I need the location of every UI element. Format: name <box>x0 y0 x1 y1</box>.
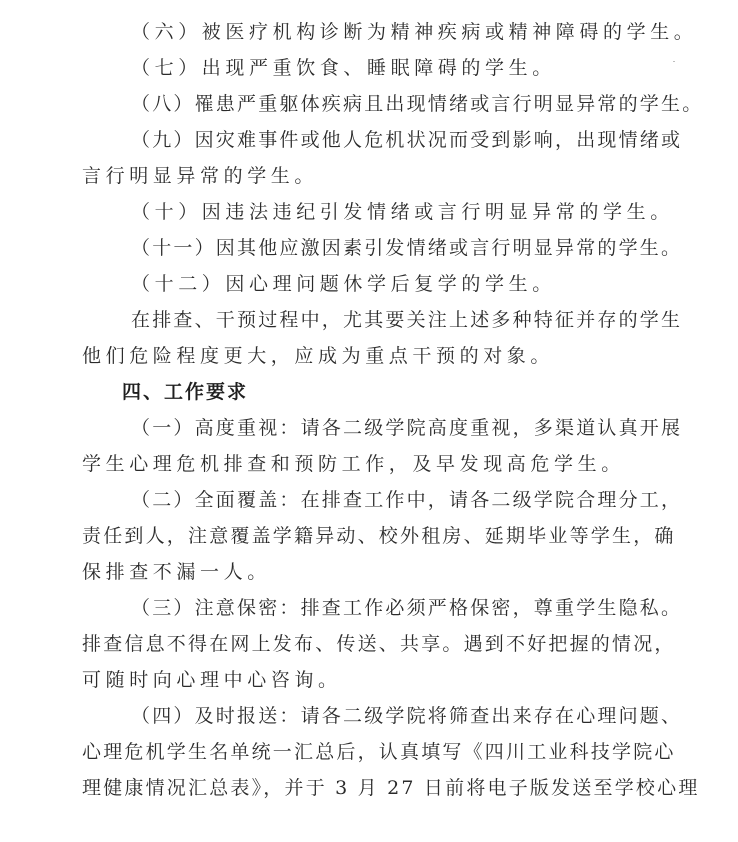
requirement-3: （三）注意保密：排查工作必须严格保密，尊重学生隐私。 <box>131 596 682 620</box>
paragraph-intervention-note-continuation: 他们危险程度更大，应成为重点干预的对象。 <box>82 344 554 368</box>
list-item-11: （十一）因其他应激因素引发情绪或言行明显异常的学生。 <box>131 236 682 260</box>
requirement-1-continuation: 学生心理危机排查和预防工作，及早发现高危学生。 <box>82 452 625 476</box>
scan-speck <box>673 61 675 62</box>
list-item-9: （九）因灾难事件或他人危机状况而受到影响，出现情绪或 <box>131 128 682 152</box>
document-page: （六）被医疗机构诊断为精神疾病或精神障碍的学生。 （七）出现严重饮食、睡眠障碍的… <box>0 0 738 842</box>
list-item-6: （六）被医疗机构诊断为精神疾病或精神障碍的学生。 <box>131 20 697 44</box>
requirement-4-continuation: 心理危机学生名单统一汇总后，认真填写《四川工业科技学院心 <box>82 740 676 764</box>
requirement-2-continuation-2: 保排查不漏一人。 <box>82 560 271 584</box>
requirement-4-continuation-2: 理健康情况汇总表》，并于 3 月 27 日前将电子版发送至学校心理 <box>82 776 700 800</box>
list-item-8: （八）罹患严重躯体疾病且出现情绪或言行明显异常的学生。 <box>131 92 703 116</box>
requirement-3-continuation: 排查信息不得在网上发布、传送、共享。遇到不好把握的情况， <box>82 632 676 656</box>
list-item-9-continuation: 言行明显异常的学生。 <box>82 164 318 188</box>
list-item-7: （七）出现严重饮食、睡眠障碍的学生。 <box>131 56 556 80</box>
list-item-10: （十）因违法违纪引发情绪或言行明显异常的学生。 <box>131 200 674 224</box>
list-item-12: （十二）因心理问题休学后复学的学生。 <box>131 272 556 296</box>
requirement-2-continuation: 责任到人，注意覆盖学籍异动、校外租房、延期毕业等学生，确 <box>82 524 676 548</box>
section-heading-work-requirements: 四、工作要求 <box>122 380 248 404</box>
requirement-1: （一）高度重视：请各二级学院高度重视，多渠道认真开展 <box>131 416 682 440</box>
paragraph-intervention-note: 在排查、干预过程中，尤其要关注上述多种特征并存的学生 <box>131 308 682 332</box>
requirement-3-continuation-2: 可随时向心理中心咨询。 <box>82 668 342 692</box>
requirement-2: （二）全面覆盖：在排查工作中，请各二级学院合理分工， <box>131 488 682 512</box>
requirement-4: （四）及时报送：请各二级学院将筛查出来存在心理问题、 <box>131 704 682 728</box>
